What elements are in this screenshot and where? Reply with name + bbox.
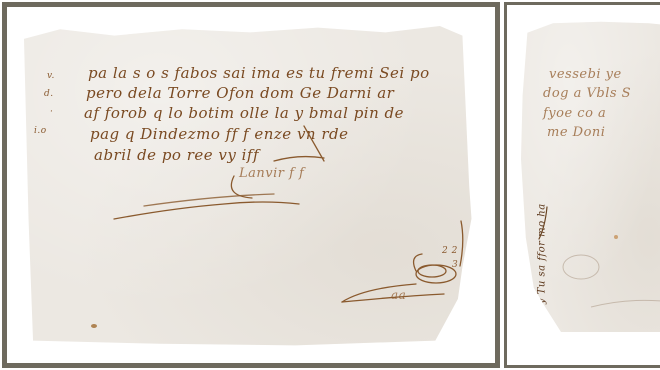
verso-line-1: vessebi ye — [549, 67, 622, 82]
manuscript-line-5: abril de po ree vy iff — [94, 146, 259, 164]
verso-paper: vessebi ye dog a Vbls S fyoe co a me Don… — [521, 17, 660, 332]
recto-panel-frame: v. d. · i.o pa la s o s fabos sai ima es… — [2, 2, 500, 368]
signature: Lanvir f f — [239, 166, 304, 181]
margin-note: i.o — [34, 126, 47, 136]
verso-line-4: me Doni — [547, 125, 605, 140]
verso-line-3: fyoe co a — [543, 106, 606, 121]
recto-paper: v. d. · i.o pa la s o s fabos sai ima es… — [24, 26, 476, 347]
edge-note: 3 — [452, 260, 458, 270]
manuscript-line-2: pero dela Torre Ofon dom Ge Darni ar — [86, 84, 394, 102]
manuscript-line-4: pag q Dindezmo ff f enze vn rde — [90, 125, 349, 143]
verso-panel-frame: vessebi ye dog a Vbls S fyoe co a me Don… — [504, 2, 660, 368]
manuscript-line-1: pa la s o s fabos sai ima es tu fremi Se… — [88, 64, 430, 82]
edge-note: 2 2 — [442, 246, 458, 256]
margin-note: d. — [44, 89, 54, 99]
margin-note: · — [50, 107, 53, 117]
verso-line-2: dog a Vbls S — [543, 86, 631, 101]
margin-note: v. — [47, 71, 55, 81]
corner-note: aa — [391, 288, 406, 302]
vertical-note: dh y Tu sa ffor mo ha — [537, 203, 548, 321]
manuscript-line-3: af forob q lo botim olle la y bmal pin d… — [84, 104, 404, 122]
